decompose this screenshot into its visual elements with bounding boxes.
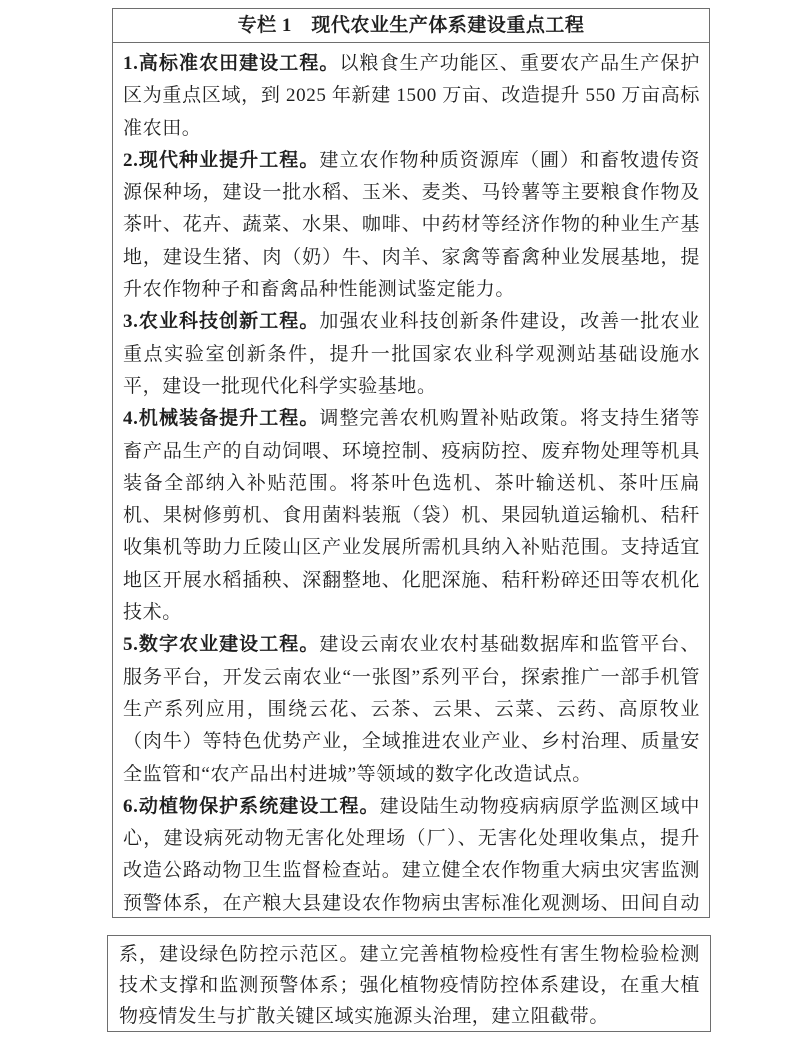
item-1-lead: 1.高标准农田建设工程。 (123, 53, 339, 74)
item-1-paragraph: 1.高标准农田建设工程。以粮食生产功能区、重要农产品生产保护区为重点区域，到 2… (123, 48, 700, 145)
item-5-body: 建设云南农业农村基础数据库和监管平台、服务平台，开发云南农业“一张图”系列平台，… (123, 634, 700, 784)
column-title: 专栏 1 现代农业生产体系建设重点工程 (113, 9, 709, 43)
continuation-paragraph: 系，建设绿色防控示范区。建立完善植物检疫性有害生物检验检测技术支撑和监测预警体系… (119, 939, 700, 1032)
item-5-paragraph: 5.数字农业建设工程。建设云南农业农村基础数据库和监管平台、服务平台，开发云南农… (123, 629, 700, 790)
document-page: 专栏 1 现代农业生产体系建设重点工程 1.高标准农田建设工程。以粮食生产功能区… (0, 0, 800, 1043)
item-3-paragraph: 3.农业科技创新工程。加强农业科技创新条件建设，改善一批农业重点实验室创新条件，… (123, 306, 700, 403)
item-5-lead: 5.数字农业建设工程。 (123, 634, 319, 655)
column-body: 1.高标准农田建设工程。以粮食生产功能区、重要农产品生产保护区为重点区域，到 2… (113, 43, 709, 918)
item-6-paragraph: 6.动植物保护系统建设工程。建设陆生动物疫病病原学监测区域中心，建设病死动物无害… (123, 791, 700, 918)
item-3-lead: 3.农业科技创新工程。 (123, 311, 319, 332)
item-6-lead: 6.动植物保护系统建设工程。 (123, 796, 380, 817)
item-2-lead: 2.现代种业提升工程。 (123, 150, 319, 171)
item-4-paragraph: 4.机械装备提升工程。调整完善农机购置补贴政策。将支持生猪等畜产品生产的自动饲喂… (123, 403, 700, 629)
continuation-box: 系，建设绿色防控示范区。建立完善植物检疫性有害生物检验检测技术支撑和监测预警体系… (107, 935, 711, 1032)
item-2-paragraph: 2.现代种业提升工程。建立农作物种质资源库（圃）和畜牧遗传资源保种场，建设一批水… (123, 145, 700, 306)
column-1-box: 专栏 1 现代农业生产体系建设重点工程 1.高标准农田建设工程。以粮食生产功能区… (112, 8, 710, 918)
item-4-lead: 4.机械装备提升工程。 (123, 408, 319, 429)
item-4-body: 调整完善农机购置补贴政策。将支持生猪等畜产品生产的自动饲喂、环境控制、疫病防控、… (123, 408, 700, 623)
item-2-body: 建立农作物种质资源库（圃）和畜牧遗传资源保种场，建设一批水稻、玉米、麦类、马铃薯… (123, 150, 700, 300)
